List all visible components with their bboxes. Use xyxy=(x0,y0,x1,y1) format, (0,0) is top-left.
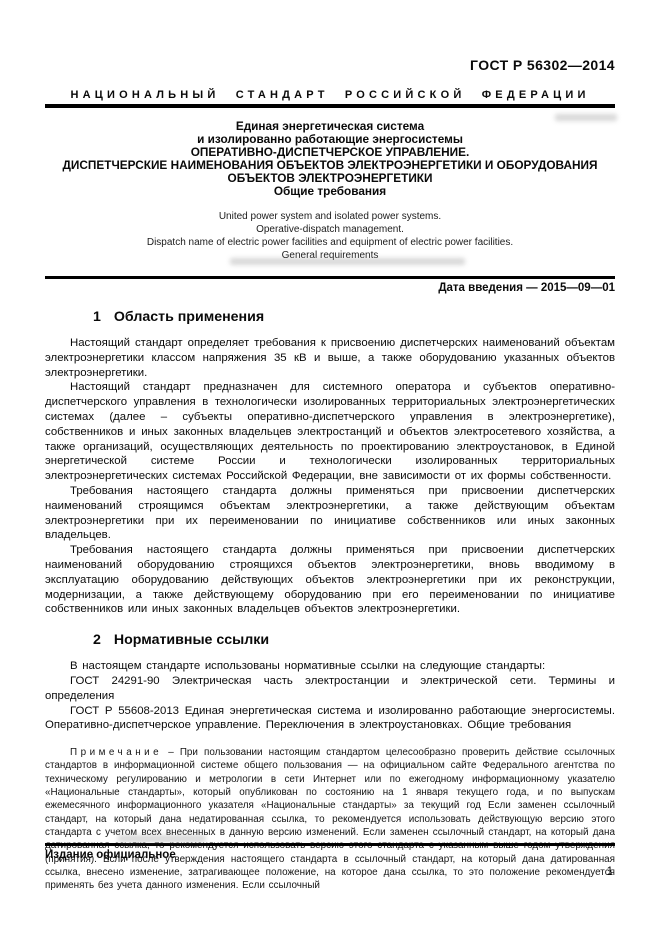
title-english: United power system and isolated power s… xyxy=(45,210,615,262)
page-number: 1 xyxy=(45,866,615,878)
paragraph: Требования настоящего стандарта должны п… xyxy=(45,543,615,617)
normative-reference: ГОСТ Р 55608-2013 Единая энергетическая … xyxy=(45,704,615,734)
title-en-line: Operative-dispatch management. xyxy=(45,223,615,236)
title-en-line: Dispatch name of electric power faciliti… xyxy=(45,236,615,249)
document-page: ГОСТ Р 56302—2014 НАЦИОНАЛЬНЫЙ СТАНДАРТ … xyxy=(0,0,661,936)
section-number: 2 xyxy=(93,632,101,648)
scan-artifact xyxy=(118,835,206,842)
note-label: Примечание xyxy=(70,747,162,758)
scan-artifact xyxy=(555,114,617,121)
normative-reference: ГОСТ 24291-90 Электрическая часть электр… xyxy=(45,674,615,704)
title-ru-line: Общие требования xyxy=(45,185,615,198)
paragraph: В настоящем стандарте использованы норма… xyxy=(45,659,615,674)
section-title: Область применения xyxy=(114,309,264,325)
paragraph: Настоящий стандарт предназначен для сист… xyxy=(45,380,615,484)
section-1-heading: 1Область применения xyxy=(45,309,615,325)
section-2-heading: 2Нормативные ссылки xyxy=(45,632,615,648)
title-russian: Единая энергетическая система и изолиров… xyxy=(45,120,615,198)
section-number: 1 xyxy=(93,309,101,325)
official-edition-label: Издание официальное xyxy=(45,849,615,861)
introduction-date: Дата введения — 2015—09—01 xyxy=(45,282,615,294)
paragraph: Требования настоящего стандарта должны п… xyxy=(45,484,615,543)
horizontal-rule xyxy=(45,276,615,279)
section-title: Нормативные ссылки xyxy=(114,632,269,648)
standard-type-banner: НАЦИОНАЛЬНЫЙ СТАНДАРТ РОССИЙСКОЙ ФЕДЕРАЦ… xyxy=(45,89,615,108)
page-footer: Издание официальное 1 xyxy=(45,843,615,878)
doc-number: ГОСТ Р 56302—2014 xyxy=(45,57,615,73)
page-content: ГОСТ Р 56302—2014 НАЦИОНАЛЬНЫЙ СТАНДАРТ … xyxy=(45,0,615,892)
title-en-line: United power system and isolated power s… xyxy=(45,210,615,223)
scan-artifact xyxy=(230,258,465,265)
paragraph: Настоящий стандарт определяет требования… xyxy=(45,336,615,380)
